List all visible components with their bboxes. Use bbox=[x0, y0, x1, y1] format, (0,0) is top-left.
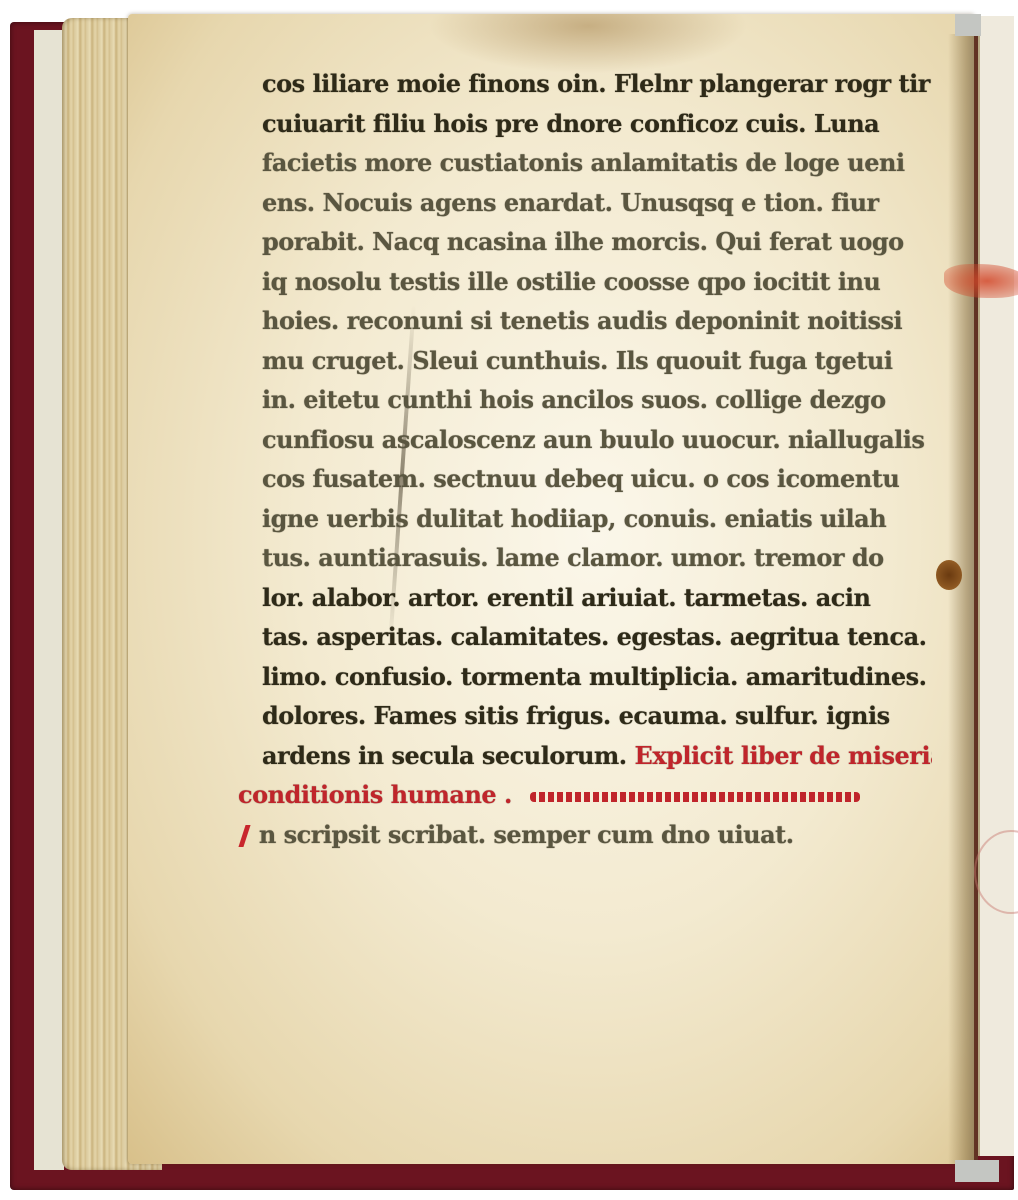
scribe-verse: n scripsit scribat. semper cum dno uiuat… bbox=[259, 820, 794, 849]
text-line-12: igne uerbis dulitat hodiiap, conuis. eni… bbox=[262, 499, 932, 539]
explicit-rubric: Explicit liber de miseria bbox=[635, 741, 932, 770]
text-line-19: conditionis humane . bbox=[238, 775, 932, 815]
brown-stain-spot bbox=[936, 560, 962, 590]
text-line-18-ink: ardens in secula seculorum. bbox=[262, 741, 627, 770]
text-line-10: cunfiosu ascaloscenz aun buulo uuocur. n… bbox=[262, 420, 932, 460]
text-line-5: porabit. Nacq ncasina ilhe morcis. Qui f… bbox=[262, 222, 932, 262]
text-line-7: hoies. reconuni si tenetis audis deponin… bbox=[262, 301, 932, 341]
text-line-14: lor. alabor. artor. erentil ariuiat. tar… bbox=[262, 578, 932, 618]
text-line-16: limo. confusio. tormenta multiplicia. am… bbox=[262, 657, 932, 697]
text-line-8: mu cruget. Sleui cunthuis. Ils quouit fu… bbox=[262, 341, 932, 381]
text-line-20: n scripsit scribat. semper cum dno uiuat… bbox=[238, 815, 932, 855]
text-line-11: cos fusatem. sectnuu debeq uicu. o cos i… bbox=[262, 459, 932, 499]
text-line-1: cos liliare moie finons oin. Flelnr plan… bbox=[262, 64, 932, 104]
text-line-18: ardens in secula seculorum. Explicit lib… bbox=[262, 736, 932, 776]
red-line-filler bbox=[530, 792, 860, 802]
spine-tape-top bbox=[955, 14, 981, 36]
text-line-17: dolores. Fames sitis frigus. ecauma. sul… bbox=[262, 696, 932, 736]
text-line-6: iq nosolu testis ille ostilie coosse qpo… bbox=[262, 262, 932, 302]
explicit-rubric-cont: conditionis humane . bbox=[238, 780, 512, 809]
paraph-mark-icon bbox=[238, 825, 250, 847]
text-line-9: in. eitetu cunthi hois ancilos suos. col… bbox=[262, 380, 932, 420]
text-line-13: tus. auntiarasuis. lame clamor. umor. tr… bbox=[262, 538, 932, 578]
text-line-2: cuiuarit filiu hois pre dnore conficoz c… bbox=[262, 104, 932, 144]
text-line-4: ens. Nocuis agens enardat. Unusqsq e tio… bbox=[262, 183, 932, 223]
right-flyleaf bbox=[978, 16, 1014, 1156]
text-line-3: facietis more custiatonis anlamitatis de… bbox=[262, 143, 932, 183]
spine-tape-bottom bbox=[955, 1160, 999, 1182]
text-line-15: tas. asperitas. calamitates. egestas. ae… bbox=[262, 617, 932, 657]
gutter-crease bbox=[948, 34, 978, 1164]
text-block: cos liliare moie finons oin. Flelnr plan… bbox=[262, 64, 932, 854]
pastedown-endpaper bbox=[34, 30, 64, 1170]
